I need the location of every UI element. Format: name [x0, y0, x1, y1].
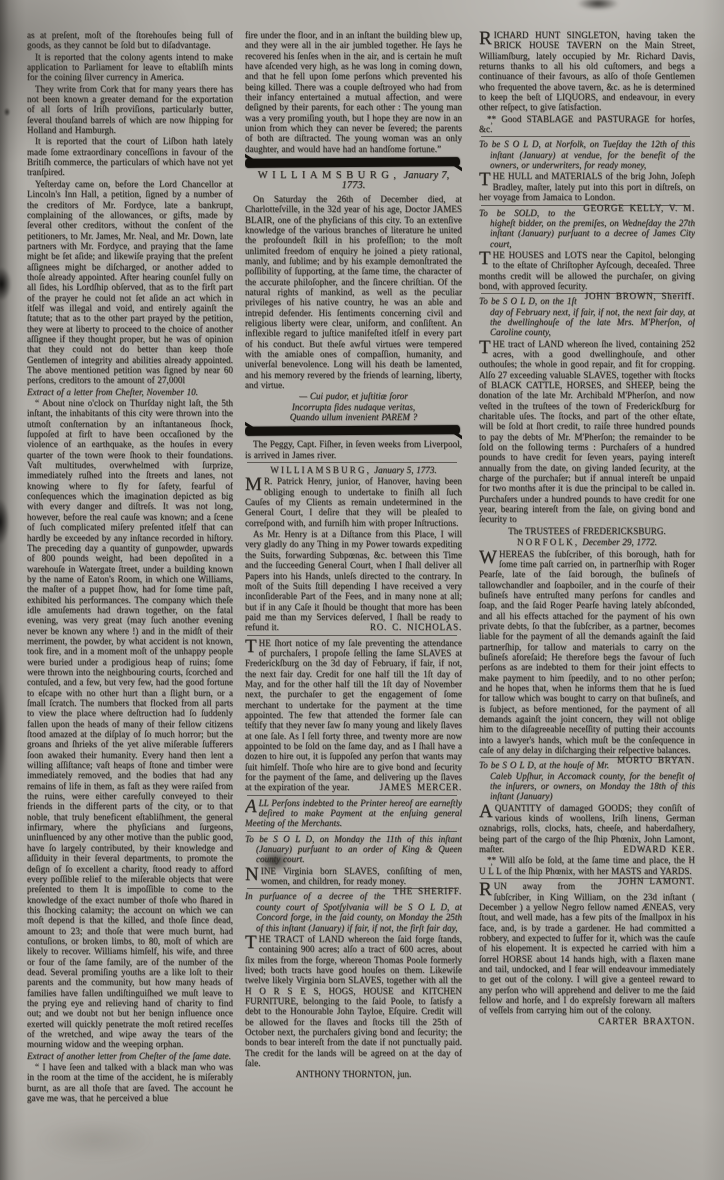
news-paragraph: WHEREAS the ſubſcriber, of this borough,… — [479, 549, 695, 756]
news-paragraph: “ I have ſeen and talked with a black ma… — [27, 1062, 233, 1103]
news-paragraph: MR. Patrick Henry, junior, of Hanover, h… — [245, 476, 462, 528]
drop-cap: R — [479, 30, 494, 48]
body-text: ICHARD HUNT SINGLETON, having taken the … — [479, 30, 695, 112]
drop-cap: A — [479, 803, 495, 821]
ad-heading: To be S O L D, on Monday the 11th of thi… — [245, 834, 462, 865]
body-text: “ I have ſeen and talked with a black ma… — [27, 1062, 233, 1103]
drop-cap: M — [245, 476, 264, 494]
news-paragraph: *̦* Good STABLAGE and PASTURAGE for horſ… — [479, 114, 695, 135]
news-paragraph: It is reported that the colony agents in… — [27, 52, 233, 83]
body-text: R. Patrick Henry, junior, of Hanover, ha… — [245, 476, 462, 527]
body-text: It is reported that the court of Liſbon … — [27, 136, 233, 177]
ad-heading: To be SOLD, to the higheſt bidder, on th… — [479, 208, 695, 249]
divider-rule — [247, 635, 457, 636]
verse-line: Incorrupta fides nudaque veritas, — [245, 402, 462, 412]
ad-heading: In purſuance of a decree of the county c… — [245, 891, 462, 932]
body-text: To be S O L D, at Norfolk, on Tueſday th… — [479, 139, 695, 170]
body-text: INE Virginia born SLAVES, conſiſting of … — [261, 866, 462, 886]
body-text: as at preſent, moſt of the ſtorehouſes b… — [27, 30, 233, 50]
drop-cap: A — [245, 798, 259, 816]
column-3: RICHARD HUNT SINGLETON, having taken the… — [479, 30, 695, 1158]
body-text: fire under the floor, and in an inſtant … — [245, 30, 462, 154]
body-text: HE TRACT of LAND whereon the ſaid forge … — [245, 934, 462, 1068]
news-paragraph: RICHARD HUNT SINGLETON, having taken the… — [479, 30, 695, 113]
body-text: The Peggy, Capt. Fiſher, in ſeven weeks … — [245, 439, 462, 459]
body-text: It is reported that the colony agents in… — [27, 52, 233, 83]
dateline: WILLIAMSBURG,January 5, 1773. — [245, 465, 462, 475]
body-text: HE HULL and MATERIALS of the brig John, … — [479, 171, 695, 202]
drop-cap: W — [479, 549, 499, 567]
body-text: HE ſhort notice of my ſale preventing th… — [245, 638, 462, 793]
dateline-place: WILLIAMSBURG, — [258, 170, 401, 181]
ad-heading: To be S O L D, at the houſe of Mr. Caleb… — [479, 760, 695, 801]
news-paragraph: RUN away from the ſubſcriber, in King Wi… — [479, 881, 695, 1015]
gutter-shadow-smudge — [0, 684, 6, 779]
news-paragraph: It is reported that the court of Liſbon … — [27, 136, 233, 177]
news-paragraph: They write from Cork that for many years… — [27, 84, 233, 136]
body-text: UN away from the ſubſcriber, in King Wil… — [479, 881, 695, 1015]
signature: THE SHERIFF. — [385, 886, 462, 896]
news-paragraph: ALL Perſons indebted to the Printer here… — [245, 798, 462, 829]
body-text: HE HOUSES and LOTS near the Capitol, bel… — [479, 250, 695, 291]
body-text: On Saturday the 26th of December died, a… — [245, 194, 462, 390]
news-paragraph: THE tract of LAND whereon ſhe lived, con… — [479, 339, 695, 525]
signature-line: The TRUSTEES of FREDERICKSBURG. — [479, 526, 695, 536]
divider-rule — [247, 462, 457, 463]
signature: MORTO BRYAN. — [609, 755, 695, 765]
dateline-place: WILLIAMSBURG, — [270, 465, 371, 475]
newspaper-page: as at preſent, moſt of the ſtorehouſes b… — [0, 0, 724, 1180]
ink-smudge — [4, 108, 10, 116]
news-paragraph: As Mr. Henry is at a Diſtance from this … — [245, 529, 462, 632]
verse-line: — Cui pudor, et juſtitiæ ſoror — [245, 391, 462, 401]
dateline-date: January 5, 1773. — [371, 465, 437, 475]
signature: CARTER BRAXTON. — [590, 1016, 695, 1026]
news-paragraph: On Saturday the 26th of December died, a… — [245, 194, 462, 391]
news-paragraph: NINE Virginia born SLAVES, conſiſting of… — [245, 866, 462, 887]
body-text: To be S O L D, on the 1ſt day of Februar… — [479, 296, 695, 337]
signature-line: ANTHONY THORNTON, jun. — [245, 1069, 462, 1079]
divider-rule — [481, 136, 690, 137]
signature: EDWARD KER. — [615, 844, 695, 854]
body-text: *̦* Good STABLAGE and PASTURAGE for horſ… — [479, 114, 695, 134]
signature: JAMES MERCER. — [372, 782, 462, 792]
ink-bar — [245, 157, 460, 168]
news-paragraph: The Peggy, Capt. Fiſher, in ſeven weeks … — [245, 439, 462, 460]
verse-line: Quando ullum invenient PAREM ? — [245, 412, 462, 422]
body-text: As Mr. Henry is at a Diſtance from this … — [245, 529, 462, 632]
column-2: fire under the floor, and in an inſtant … — [245, 30, 462, 1158]
drop-cap: T — [245, 638, 259, 656]
body-text: In purſuance of a decree of the county c… — [245, 891, 462, 932]
dateline-place: NORFOLK, — [517, 537, 579, 547]
news-paragraph: *̦* Will alſo be ſold, at the ſame time … — [479, 855, 695, 876]
body-text: To be SOLD, to the higheſt bidder, on th… — [479, 208, 695, 249]
body-text: HEREAS the ſubſcriber, of this borough, … — [479, 549, 695, 756]
body-text: LL Perſons indebted to the Printer hereo… — [245, 798, 462, 829]
ink-bar — [245, 426, 460, 437]
signature-text: ANTHONY THORNTON, jun. — [296, 1069, 412, 1079]
news-paragraph: THE ſhort notice of my ſale preventing t… — [245, 638, 462, 793]
body-text: They write from Cork that for many years… — [27, 84, 233, 135]
signature: GEORGE KELLY, V. M. — [575, 203, 695, 213]
ink-smudge — [0, 500, 9, 544]
column-1: as at preſent, moſt of the ſtorehouſes b… — [27, 30, 233, 1158]
dateline: WILLIAMSBURG,January 7, 1773. — [245, 171, 462, 192]
body-text: HE tract of LAND whereon ſhe lived, cont… — [479, 339, 695, 525]
news-paragraph: “ About nine o'clock on Thurſday night l… — [27, 398, 233, 1050]
news-paragraph: THE HOUSES and LOTS near the Capitol, be… — [479, 250, 695, 291]
drop-cap: T — [245, 934, 259, 952]
signature: RO. C. NICHOLAS. — [354, 622, 462, 632]
signature: JOHN LAMONT. — [602, 876, 695, 886]
signature: JOHN BROWN, Sheriff. — [577, 291, 695, 301]
ink-smudge — [578, 0, 618, 10]
body-text: *̦* Will alſo be ſold, at the ſame time … — [479, 855, 695, 875]
news-paragraph: Yeſterday came on, before the Lord Chanc… — [27, 179, 233, 386]
news-paragraph: THE TRACT of LAND whereon the ſaid forge… — [245, 934, 462, 1068]
body-text: Extract of another letter from Cheſter o… — [27, 1051, 231, 1061]
drop-cap: T — [479, 171, 493, 189]
dateline: NORFOLK,December 29, 1772. — [479, 537, 695, 547]
body-text: To be S O L D, at the houſe of Mr. Caleb… — [479, 760, 695, 801]
body-text: Extract of a letter from Cheſter, Novemb… — [27, 387, 198, 397]
drop-cap: N — [245, 866, 261, 884]
body-text: “ About nine o'clock on Thurſday night l… — [27, 398, 233, 1049]
body-text: To be S O L D, on Monday the 11th of thi… — [245, 834, 462, 865]
body-text: Yeſterday came on, before the Lord Chanc… — [27, 179, 233, 386]
divider-rule — [247, 795, 457, 796]
news-paragraph: AQUANTITY of damaged GOODS; they conſiſt… — [479, 803, 695, 855]
signature-text: The TRUSTEES of FREDERICKSBURG. — [508, 526, 666, 536]
divider-rule — [247, 831, 457, 832]
ink-smudge — [0, 268, 11, 300]
news-paragraph: as at preſent, moſt of the ſtorehouſes b… — [27, 30, 233, 51]
dateline-date: December 29, 1772. — [579, 537, 657, 547]
news-paragraph: THE HULL and MATERIALS of the brig John,… — [479, 171, 695, 202]
latin-verse: — Cui pudor, et juſtitiæ ſororIncorrupta… — [245, 391, 462, 422]
drop-cap: T — [479, 250, 493, 268]
ad-heading: Extract of another letter from Cheſter o… — [27, 1051, 233, 1061]
drop-cap: T — [479, 339, 493, 357]
ad-heading: To be S O L D, at Norfolk, on Tueſday th… — [479, 139, 695, 170]
drop-cap: R — [479, 881, 494, 899]
ad-heading: Extract of a letter from Cheſter, Novemb… — [27, 387, 233, 397]
news-paragraph: fire under the floor, and in an inſtant … — [245, 30, 462, 154]
ad-heading: To be S O L D, on the 1ſt day of Februar… — [479, 296, 695, 337]
